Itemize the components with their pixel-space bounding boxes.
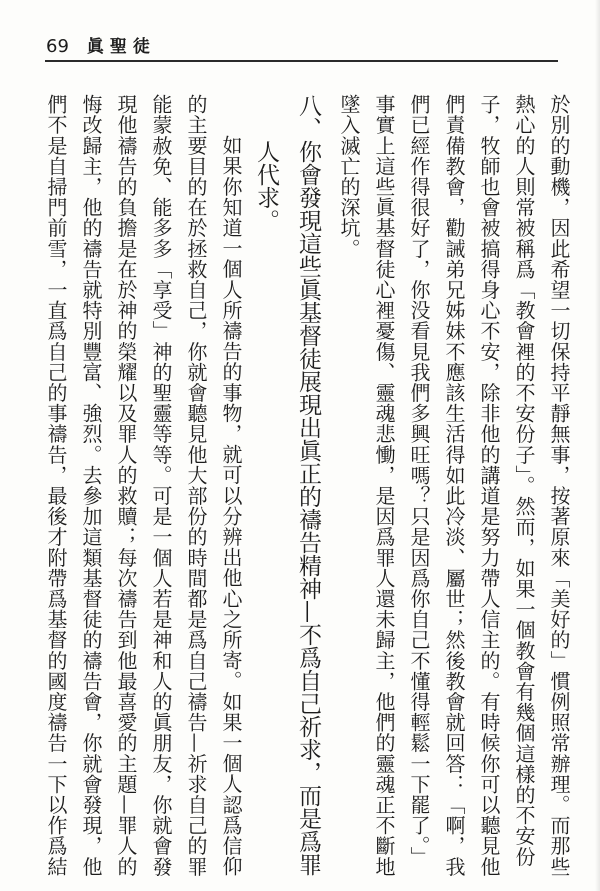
text-column-12: 能蒙赦免、能多多「享受」神的聖靈等等。可是一個人若是神和人的眞朋友，你就會發 (143, 94, 178, 884)
text-column-14: 悔改歸主，他的禱告就特別豐富、強烈。去參加這類基督徒的禱告會，你就會發現，他 (73, 94, 108, 884)
text-column-13: 現他禱告的負擔是在於神的榮耀以及罪人的救贖；每次禱告到他最喜愛的主題—罪人的 (108, 94, 143, 884)
text-column-3: 子，牧師也會被搞得身心不安，除非他的講道是努力帶人信主的。有時候你可以聽見他 (471, 94, 506, 884)
text-column-11: 的主要目的在於拯救自己，你就會聽見他大部份的時間都是爲自己禱告—祈求自己的罪 (178, 94, 213, 884)
page-edge-shadow (595, 0, 600, 891)
page-header: 69 眞聖徒 (46, 32, 156, 57)
text-column-5: 們已經作得很好了，你没看見我們多興旺嗎？只是因爲你自己不懂得輕鬆一下罷了。」 (401, 94, 436, 884)
text-column-6: 事實上這些眞基督徒心裡憂傷、靈魂悲慟，是因爲罪人還未歸主，他們的靈魂正不斷地 (366, 94, 401, 884)
section-heading: 人代求。 (248, 94, 284, 884)
text-column-15: 們不是自掃門前雪，一直爲自己的事禱告，最後才附帶爲基督的國度禱告一下以作爲結 (38, 94, 73, 884)
text-column-1: 於別的動機，因此希望一切保持平靜無事，按著原來「美好的」慣例照常辦理。而那些 (541, 94, 576, 884)
text-column-2: 熱心的人則常被稱爲「教會裡的不安份子」。然而，如果一個教會有幾個這樣的不安份 (506, 94, 541, 884)
vertical-text-area: 於別的動機，因此希望一切保持平靜無事，按著原來「美好的」慣例照常辦理。而那些熱心… (31, 94, 576, 884)
page-number: 69 (46, 36, 69, 57)
running-title: 眞聖徒 (87, 32, 156, 57)
book-page: { "header": { "page_number": "69", "runn… (0, 0, 600, 891)
header-rule (45, 60, 558, 62)
text-column-10: 如果你知道一個人所禱告的事物，就可以分辨出他心之所寄。如果一個人認爲信仰 (213, 94, 248, 884)
section-heading: 八、你會發現這些眞基督徒展現出眞正的禱告精神—不爲自己祈求，而是爲罪 (284, 94, 331, 884)
text-column-4: 們責備教會，勸誡弟兄姊妹不應該生活得如此冷淡、屬世；然後教會就回答：「啊，我 (436, 94, 471, 884)
text-column-7: 墜入滅亡的深坑。 (331, 94, 366, 884)
